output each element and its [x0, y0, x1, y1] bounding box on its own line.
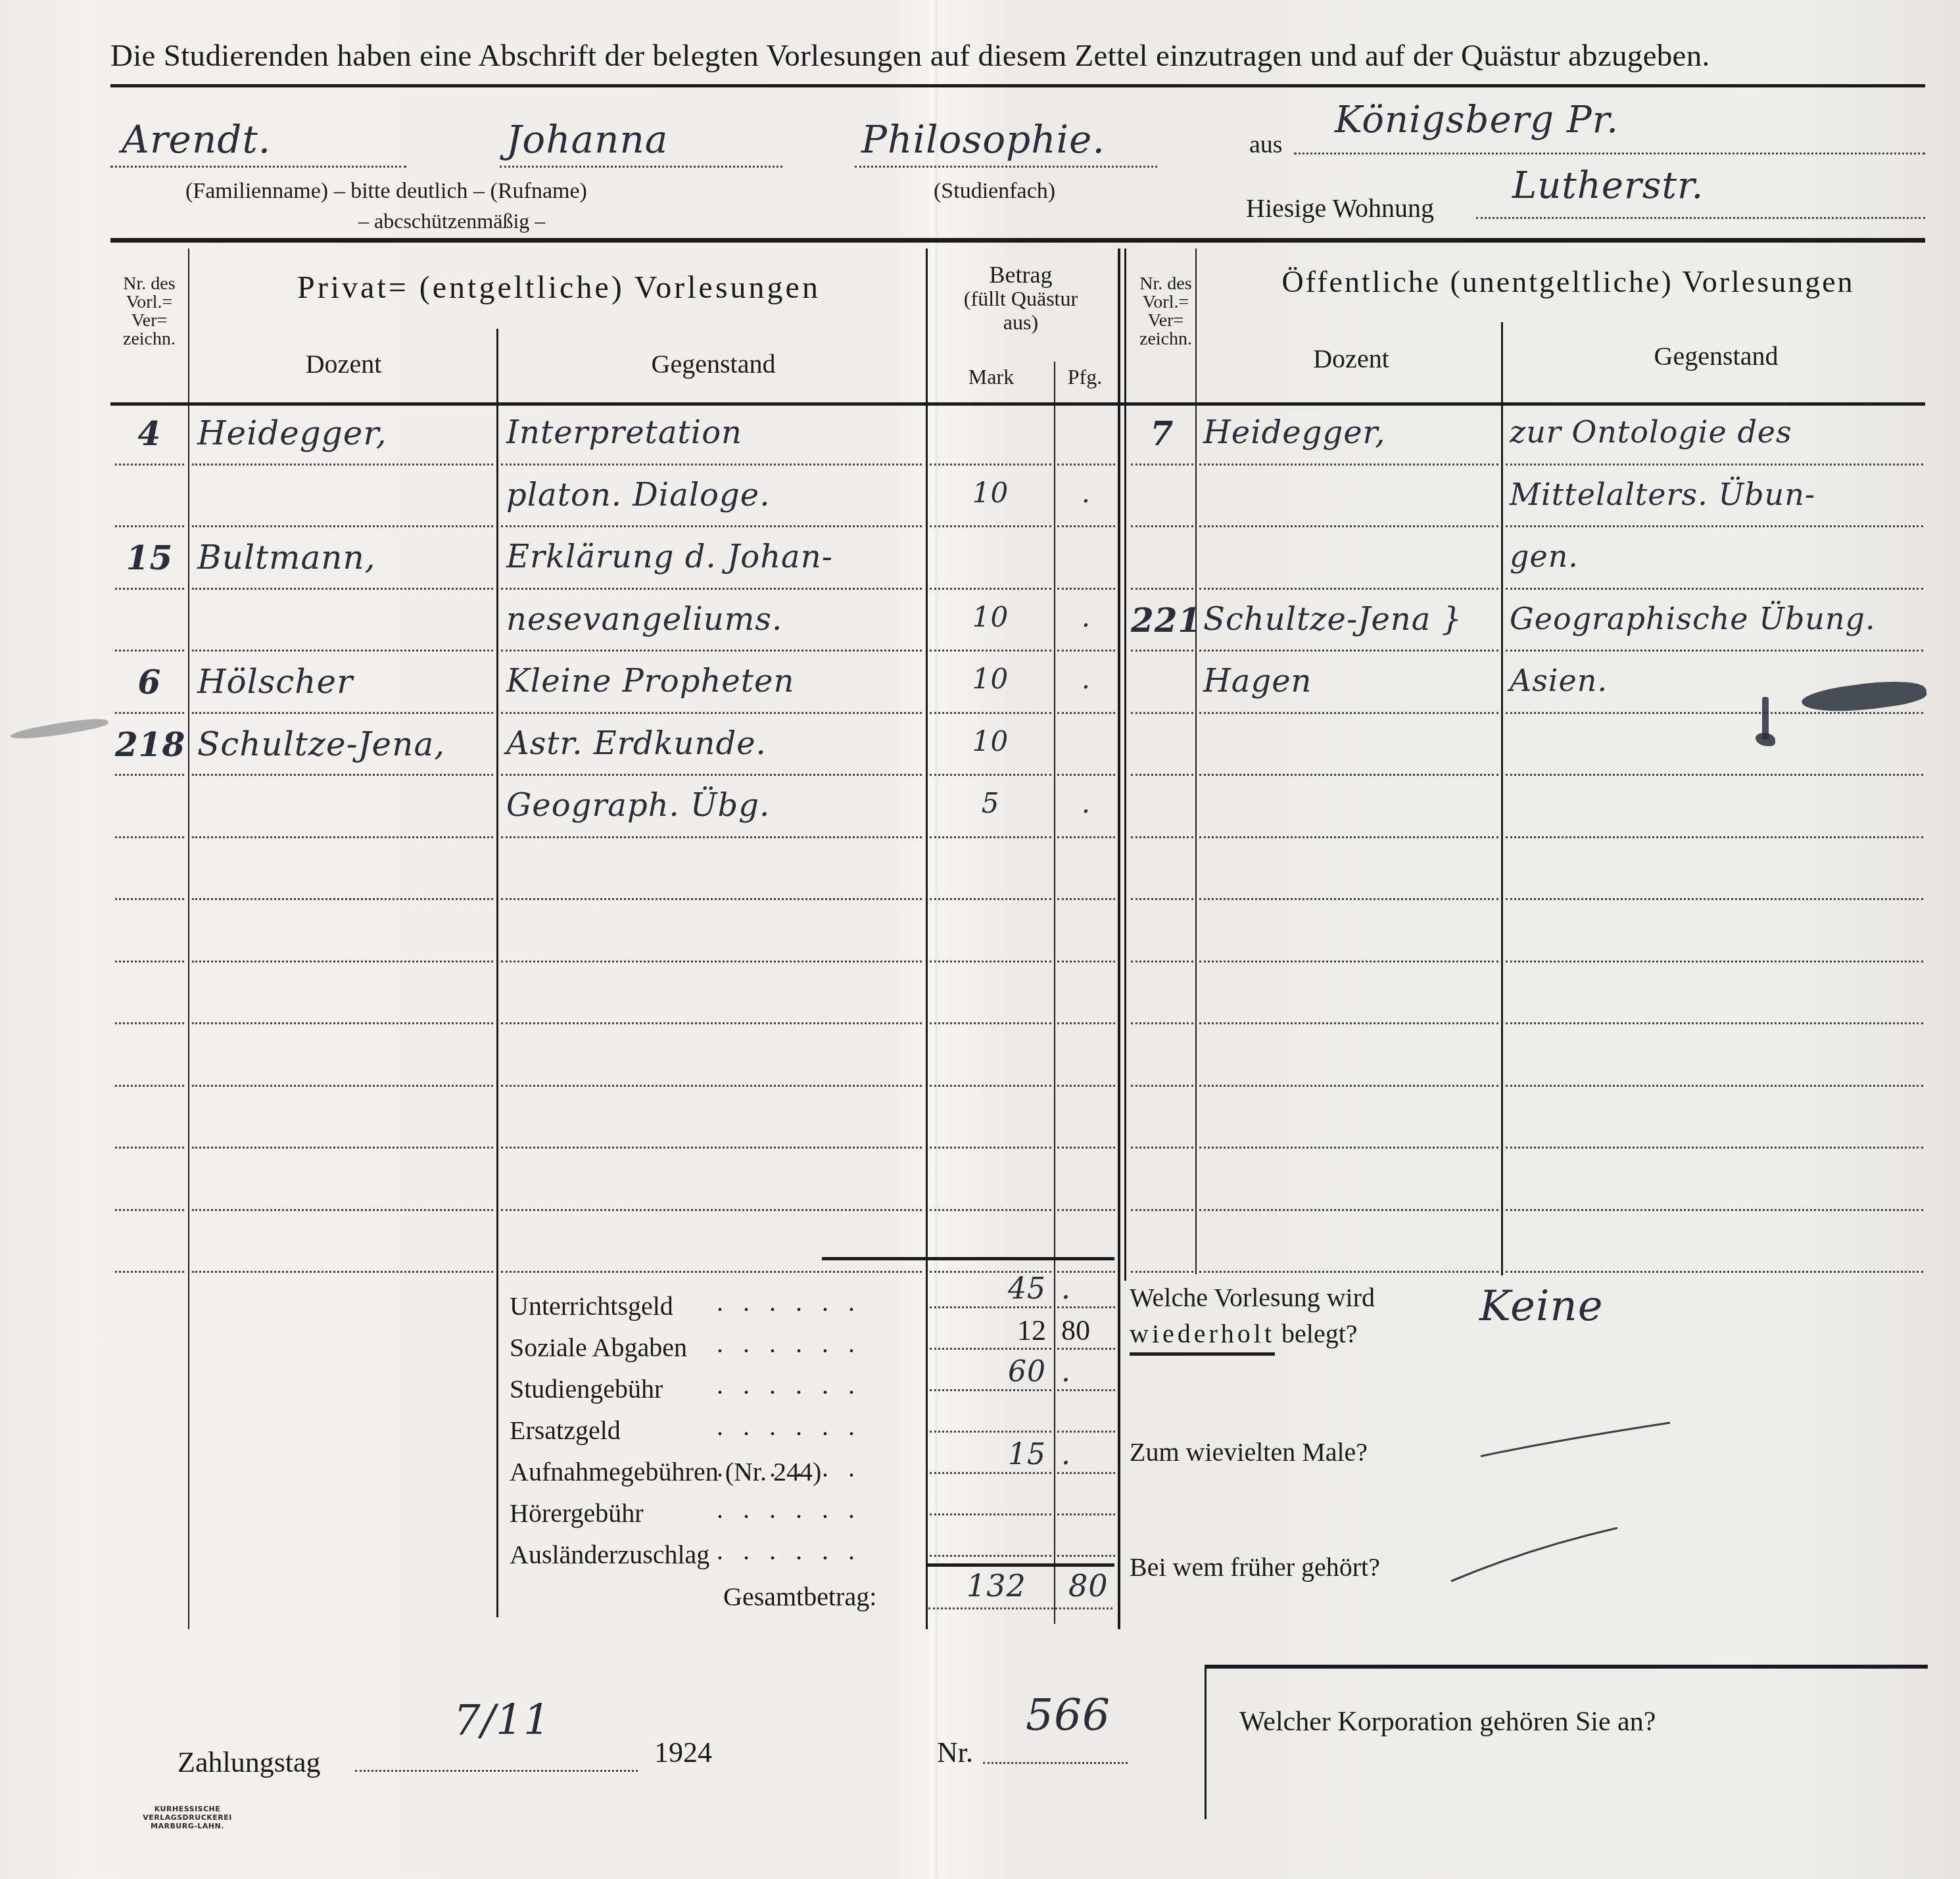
ink-drip-end: [1756, 733, 1775, 746]
fee-label: Studiengebühr: [510, 1373, 663, 1404]
private-gegenstand-cell[interactable]: Erklärung d. Johan-: [506, 538, 927, 575]
private-pfg-cell[interactable]: .: [1057, 787, 1115, 819]
row-rule: [930, 1022, 1051, 1024]
private-mark-cell[interactable]: 10: [930, 477, 1051, 509]
fee-leader-dots: ......: [717, 1452, 874, 1483]
row-rule: [930, 650, 1051, 652]
row-rule: [1057, 961, 1115, 963]
row-rule: [115, 588, 184, 590]
row-rule: [1199, 774, 1498, 776]
private-gegenstand-cell[interactable]: Interpretation: [506, 414, 927, 451]
public-dozent-cell[interactable]: Schultze-Jena }: [1203, 601, 1502, 638]
nr-value[interactable]: 566: [1026, 1690, 1111, 1740]
fee-leader-dots: ......: [717, 1287, 874, 1318]
row-rule: [930, 961, 1051, 963]
row-rule: [192, 525, 493, 527]
row-rule: [1199, 1271, 1498, 1273]
row-rule: [1131, 898, 1193, 900]
fee-rule: [1057, 1513, 1115, 1515]
row-rule: [1057, 588, 1115, 590]
row-rule: [1057, 1209, 1115, 1211]
private-gegenstand-cell[interactable]: Astr. Erdkunde.: [506, 725, 927, 762]
private-nr-header: Nr. des Vorl.= Ver= zeichn.: [109, 275, 189, 348]
fee-label: Ersatzgeld: [510, 1415, 621, 1446]
row-rule: [1506, 898, 1923, 900]
col-divider: [1501, 322, 1503, 1275]
private-gegenstand-cell[interactable]: Kleine Propheten: [506, 663, 927, 700]
repeat-question-line1: Welche Vorlesung wird: [1130, 1282, 1375, 1313]
fee-mark[interactable]: 12: [930, 1314, 1051, 1347]
row-rule: [192, 1022, 493, 1024]
row-rule: [1199, 1209, 1498, 1211]
private-gegenstand-cell[interactable]: nesevangeliums.: [506, 601, 927, 638]
from-line: [1294, 153, 1925, 155]
private-mark-cell[interactable]: 10: [930, 601, 1051, 633]
row-rule: [501, 525, 922, 527]
private-dozent-header: Dozent: [191, 348, 496, 379]
fee-mark[interactable]: 60: [930, 1355, 1051, 1389]
row-rule: [1199, 898, 1498, 900]
row-rule: [501, 1147, 922, 1149]
col-divider: [1124, 249, 1126, 1281]
row-rule: [1131, 774, 1193, 776]
row-rule: [1057, 1085, 1115, 1087]
repeat-answer[interactable]: Keine: [1479, 1282, 1604, 1331]
row-rule: [192, 464, 493, 465]
row-rule: [192, 1085, 493, 1087]
row-rule: [1131, 1147, 1193, 1149]
private-pfg-cell[interactable]: .: [1057, 601, 1115, 633]
row-rule: [115, 712, 184, 714]
row-rule: [1131, 650, 1193, 652]
fee-mark[interactable]: 45: [930, 1272, 1051, 1306]
nr-label: Nr.: [937, 1736, 973, 1769]
row-rule: [1506, 1085, 1923, 1087]
row-rule: [1506, 836, 1923, 838]
row-rule: [115, 1085, 184, 1087]
row-rule: [192, 1209, 493, 1211]
mark-header: Mark: [927, 365, 1055, 389]
repeat-question-line2: wiederholt belegt?: [1130, 1318, 1358, 1349]
row-rule: [192, 1147, 493, 1149]
private-nr-cell[interactable]: 218: [115, 725, 184, 764]
row-rule: [1131, 836, 1193, 838]
row-rule: [930, 1085, 1051, 1087]
row-rule: [192, 588, 493, 590]
corporation-question: Welcher Korporation gehören Sie an?: [1239, 1706, 1656, 1738]
table-header-rule: [110, 402, 1925, 406]
row-rule: [192, 650, 493, 652]
row-rule: [501, 1271, 922, 1273]
row-rule: [1057, 898, 1115, 900]
left-smudge: [10, 715, 109, 744]
private-dozent-cell[interactable]: Bultmann,: [197, 538, 496, 577]
col-divider: [926, 249, 928, 1629]
fee-pfg[interactable]: 80: [1057, 1314, 1119, 1347]
form-instruction: Die Studierenden haben eine Abschrift de…: [110, 38, 1932, 74]
row-rule: [1199, 525, 1498, 527]
earlier-question: Bei wem früher gehört?: [1130, 1552, 1380, 1582]
row-rule: [192, 898, 493, 900]
row-rule: [115, 836, 184, 838]
payday-label: Zahlungstag: [178, 1746, 321, 1779]
row-rule: [1131, 1085, 1193, 1087]
from-label: aus: [1249, 130, 1283, 159]
row-rule: [930, 464, 1051, 465]
row-rule: [115, 1147, 184, 1149]
repeat-rest: belegt?: [1281, 1319, 1358, 1348]
fee-label: Ausländerzuschlag: [510, 1539, 709, 1570]
fee-mark[interactable]: 15: [930, 1438, 1051, 1471]
row-rule: [192, 1271, 493, 1273]
public-dozent-header: Dozent: [1200, 343, 1502, 374]
row-rule: [1199, 1147, 1498, 1149]
caption-names-2: – abcschützenmäßig –: [358, 209, 545, 233]
private-mark-cell[interactable]: 10: [930, 663, 1051, 695]
row-rule: [501, 588, 922, 590]
row-rule: [1057, 836, 1115, 838]
row-rule: [1057, 464, 1115, 465]
fee-rule: [1057, 1555, 1115, 1557]
row-rule: [1131, 1271, 1193, 1273]
col-divider: [188, 249, 189, 1629]
row-rule: [1199, 712, 1498, 714]
row-rule: [1057, 1022, 1115, 1024]
row-rule: [501, 712, 922, 714]
row-rule: [115, 1022, 184, 1024]
enrollment-form-page: Die Studierenden haben eine Abschrift de…: [0, 0, 1960, 1879]
private-mark-cell[interactable]: 5: [930, 787, 1051, 819]
row-rule: [501, 836, 922, 838]
repeat-underlined: wiederholt: [1130, 1319, 1275, 1356]
row-rule: [115, 961, 184, 963]
public-gegenstand-cell[interactable]: zur Ontologie des: [1510, 414, 1927, 450]
row-rule: [930, 774, 1051, 776]
row-rule: [1506, 1022, 1923, 1024]
row-rule: [1506, 588, 1923, 590]
row-rule: [1131, 588, 1193, 590]
given-name-value[interactable]: Johanna: [506, 117, 668, 162]
row-rule: [1199, 961, 1498, 963]
header-rule: [110, 84, 1925, 87]
row-rule: [192, 712, 493, 714]
residence-value[interactable]: Lutherstr.: [1512, 164, 1704, 207]
row-rule: [930, 1147, 1051, 1149]
private-mark-cell[interactable]: 10: [930, 725, 1051, 757]
total-rule: [927, 1563, 1114, 1567]
row-rule: [115, 1271, 184, 1273]
public-gegenstand-cell[interactable]: Mittelalters. Übun-: [1510, 477, 1927, 512]
private-nr-cell[interactable]: 6: [115, 663, 184, 702]
row-rule: [1506, 1271, 1923, 1273]
from-value[interactable]: Königsberg Pr.: [1335, 99, 1619, 141]
payday-value[interactable]: 7/11: [454, 1696, 551, 1745]
public-gegenstand-cell[interactable]: gen.: [1510, 538, 1927, 574]
row-rule: [1506, 525, 1923, 527]
fee-leader-dots: ......: [717, 1328, 874, 1359]
earlier-answer-dash[interactable]: [1450, 1525, 1621, 1584]
row-rule: [1057, 1147, 1115, 1149]
times-answer-dash[interactable]: [1479, 1420, 1677, 1460]
public-gegenstand-header: Gegenstand: [1506, 341, 1926, 371]
fee-label: Hörergebühr: [510, 1498, 644, 1529]
row-rule: [930, 898, 1051, 900]
fee-pfg[interactable]: .: [1057, 1355, 1119, 1389]
section-rule: [110, 238, 1925, 243]
row-rule: [115, 464, 184, 465]
row-rule: [1131, 464, 1193, 465]
fee-rule: [1057, 1431, 1115, 1433]
col-divider: [1118, 249, 1120, 1629]
fee-leader-dots: ......: [717, 1535, 874, 1566]
total-line: [928, 1607, 1112, 1609]
printer-mark: KURHESSISCHE VERLAGSDRUCKEREI MARBURG-LA…: [108, 1805, 266, 1830]
row-rule: [1131, 1209, 1193, 1211]
given-name-line: [500, 166, 782, 168]
fee-label: Unterrichtsgeld: [510, 1291, 673, 1321]
row-rule: [115, 525, 184, 527]
fee-rule: [1057, 1348, 1115, 1350]
row-rule: [930, 588, 1051, 590]
private-gegenstand-cell[interactable]: Geograph. Übg.: [506, 787, 927, 824]
row-rule: [1199, 1085, 1498, 1087]
fee-rule: [1057, 1472, 1115, 1474]
private-nr-cell[interactable]: 4: [115, 414, 184, 453]
fee-rule: [1057, 1389, 1115, 1391]
row-rule: [1057, 712, 1115, 714]
fee-rule: [930, 1348, 1051, 1350]
public-lectures-title: Öffentliche (unentgeltliche) Vorlesungen: [1207, 264, 1930, 299]
fee-pfg[interactable]: .: [1057, 1438, 1119, 1471]
fee-rule: [930, 1555, 1051, 1557]
row-rule: [501, 464, 922, 465]
public-nr-cell[interactable]: 221: [1131, 601, 1193, 640]
col-divider: [496, 329, 498, 1617]
row-rule: [1131, 712, 1193, 714]
private-dozent-cell[interactable]: Hölscher: [197, 663, 496, 701]
private-dozent-cell[interactable]: Heidegger,: [197, 414, 496, 452]
row-rule: [501, 961, 922, 963]
private-pfg-cell[interactable]: .: [1057, 663, 1115, 695]
residence-line: [1476, 217, 1925, 219]
public-dozent-cell[interactable]: Hagen: [1203, 663, 1502, 700]
private-nr-cell[interactable]: 15: [115, 538, 184, 577]
row-rule: [115, 650, 184, 652]
row-rule: [1131, 525, 1193, 527]
row-rule: [1199, 588, 1498, 590]
fee-label: Soziale Abgaben: [510, 1332, 687, 1363]
row-rule: [1506, 961, 1923, 963]
caption-subject: (Studienfach): [934, 179, 1055, 204]
public-nr-cell[interactable]: 7: [1131, 414, 1193, 453]
col-divider: [1195, 249, 1197, 1274]
fee-rule: [930, 1513, 1051, 1515]
row-rule: [930, 712, 1051, 714]
fee-pfg[interactable]: .: [1057, 1272, 1119, 1306]
public-dozent-cell[interactable]: Heidegger,: [1203, 414, 1502, 451]
row-rule: [192, 836, 493, 838]
row-rule: [1506, 712, 1923, 714]
fee-rule: [1057, 1306, 1115, 1308]
fee-rule: [930, 1472, 1051, 1474]
pfg-header: Pfg.: [1055, 365, 1114, 389]
subject-line: [855, 166, 1157, 168]
subject-value[interactable]: Philosophie.: [861, 117, 1105, 162]
row-rule: [115, 1209, 184, 1211]
private-dozent-cell[interactable]: Schultze-Jena,: [197, 725, 496, 763]
fee-leader-dots: ......: [717, 1494, 874, 1525]
family-name-value[interactable]: Arendt.: [122, 117, 271, 162]
col-divider: [1054, 362, 1055, 1624]
row-rule: [1057, 525, 1115, 527]
caption-names: (Familienname) – bitte deutlich – (Rufna…: [185, 179, 587, 204]
nr-line: [983, 1762, 1128, 1764]
row-rule: [501, 1085, 922, 1087]
row-rule: [1199, 836, 1498, 838]
row-rule: [1131, 961, 1193, 963]
row-rule: [1506, 1147, 1923, 1149]
public-gegenstand-cell[interactable]: Geographische Übung.: [1510, 601, 1927, 636]
row-rule: [1506, 774, 1923, 776]
private-lectures-title: Privat= (entgeltliche) Vorlesungen: [197, 270, 920, 306]
row-rule: [1199, 650, 1498, 652]
row-rule: [1506, 1209, 1923, 1211]
corporation-box-top: [1205, 1665, 1928, 1669]
row-rule: [501, 898, 922, 900]
row-rule: [115, 898, 184, 900]
payday-line: [355, 1770, 638, 1772]
row-rule: [192, 961, 493, 963]
fee-leader-dots: ......: [717, 1411, 874, 1442]
row-rule: [115, 774, 184, 776]
row-rule: [501, 1209, 922, 1211]
fee-top-rule: [822, 1257, 1114, 1260]
row-rule: [1131, 1022, 1193, 1024]
fee-rule: [930, 1389, 1051, 1391]
fee-leader-dots: ......: [717, 1369, 874, 1400]
times-question: Zum wievielten Male?: [1130, 1437, 1368, 1467]
total-label: Gesamtbetrag:: [723, 1581, 876, 1612]
row-rule: [192, 774, 493, 776]
row-rule: [930, 525, 1051, 527]
total-pfg[interactable]: 80: [1068, 1568, 1109, 1604]
fee-rule: [930, 1431, 1051, 1433]
row-rule: [1199, 1022, 1498, 1024]
row-rule: [930, 836, 1051, 838]
public-nr-header: Nr. des Vorl.= Ver= zeichn.: [1130, 275, 1202, 348]
corporation-box-left: [1205, 1665, 1207, 1819]
row-rule: [1506, 650, 1923, 652]
private-pfg-cell[interactable]: .: [1057, 477, 1115, 509]
row-rule: [501, 774, 922, 776]
betrag-header: Betrag (füllt Quästur aus): [927, 263, 1114, 334]
row-rule: [501, 650, 922, 652]
fee-rule: [930, 1306, 1051, 1308]
year-label: 1924: [654, 1736, 712, 1769]
residence-label: Hiesige Wohnung: [1246, 193, 1434, 224]
row-rule: [1057, 650, 1115, 652]
row-rule: [1199, 464, 1498, 465]
family-name-line: [110, 166, 406, 168]
private-gegenstand-header: Gegenstand: [500, 348, 927, 379]
private-gegenstand-cell[interactable]: platon. Dialoge.: [506, 477, 927, 513]
row-rule: [1057, 774, 1115, 776]
row-rule: [1506, 464, 1923, 465]
row-rule: [501, 1022, 922, 1024]
total-mark[interactable]: 132: [967, 1568, 1026, 1604]
row-rule: [930, 1209, 1051, 1211]
